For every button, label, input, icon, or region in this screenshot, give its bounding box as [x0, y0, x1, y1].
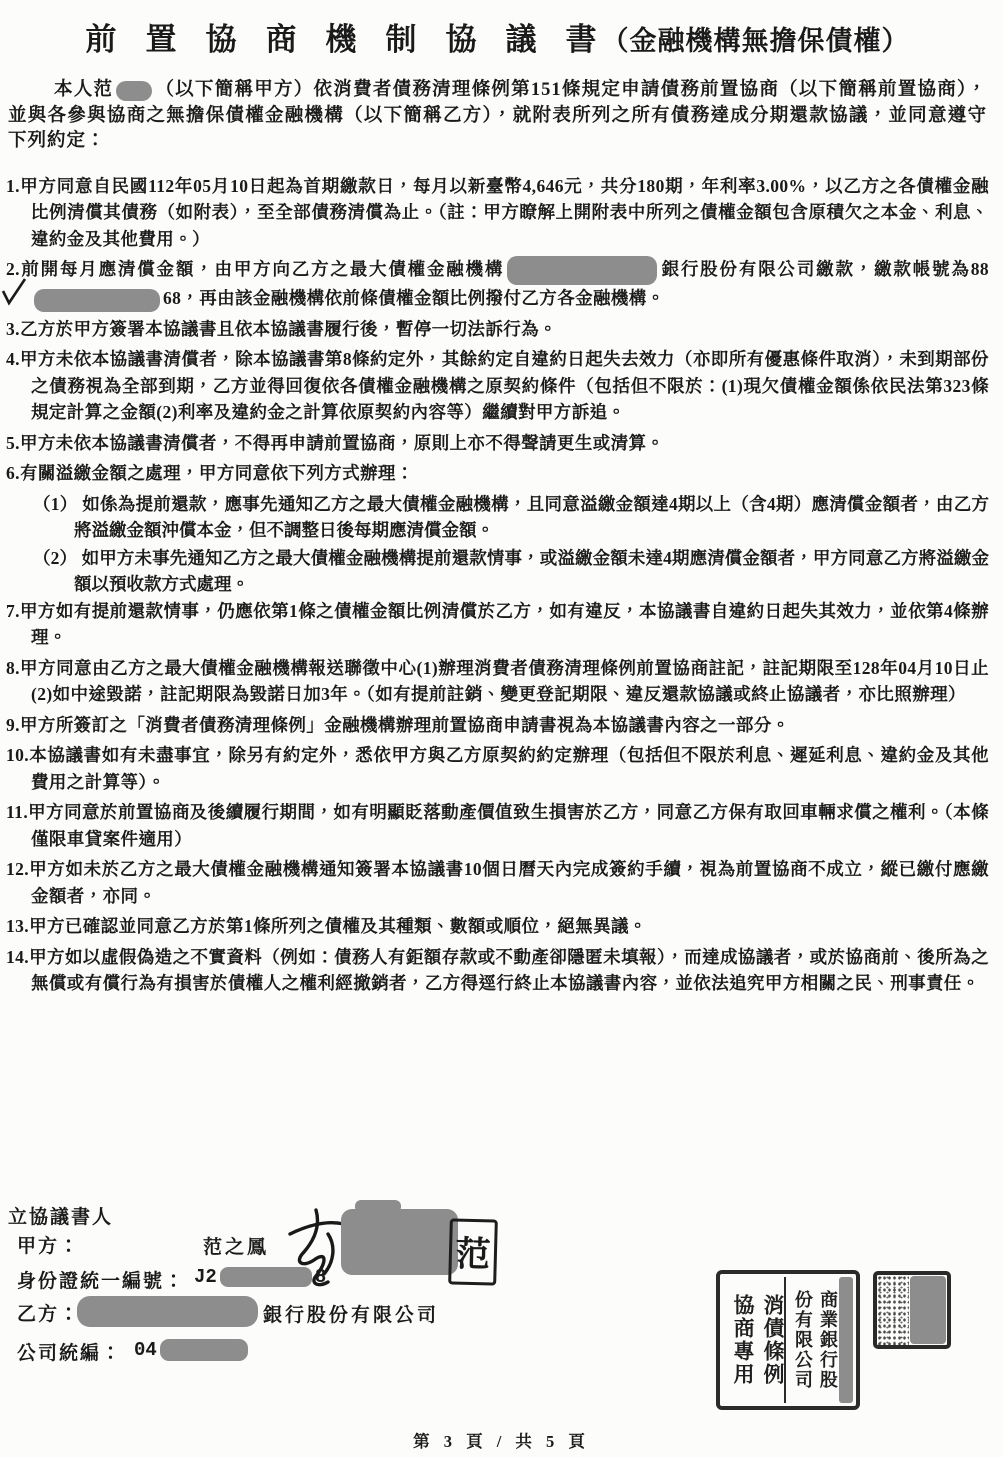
clause-item-5: 5.甲方未依本協議書清償者，不得再申請前置協商，原則上亦不得聲請更生或清算。 [6, 430, 989, 457]
id-number-label: 身份證統一編號： [17, 1266, 185, 1293]
bank-stamp-column: 消債條例 [753, 1277, 783, 1403]
clause-item-7: 7.甲方如有提前還款情事，仍應依第1條之債權金額比例清償於乙方，如有違反，本協議… [6, 598, 989, 651]
clause-number: 4. [6, 349, 20, 369]
clause-item-11: 11.甲方同意於前置協商及後續履行期間，如有明顯貶落動產價值致生損害於乙方，同意… [6, 799, 989, 852]
clause-item-6: 6.有關溢繳金額之處理，甲方同意依下列方式辦理： [6, 460, 989, 487]
text-run: 甲方如有提前還款情事，仍應依第1條之債權金額比例清償於乙方，如有違反，本協議書自… [20, 601, 989, 648]
page-footer: 第 3 頁 / 共 5 頁 [0, 1428, 1003, 1452]
personal-seal-stamp: 范 [448, 1218, 498, 1285]
signature-area: 立協議書人 甲方： 范之鳳 范 身份證統一編號： J28 乙方： 銀行股份有限公… [0, 1200, 1003, 1428]
clause-item-4: 4.甲方未依本協議書清償者，除本協議書第8條約定外，其餘約定自違約日起失去效力（… [6, 346, 989, 426]
clause-number: 13. [6, 916, 29, 936]
clause-list: 1.甲方同意自民國112年05月10日起為首期繳款日，每月以新臺幣4,646元，… [6, 173, 989, 997]
clause-number: 10. [6, 745, 29, 765]
clause-number: 12. [6, 859, 29, 879]
text-run: 甲方如未於乙方之最大債權金融機構通知簽署本協議書10個日曆天內完成簽約手續，視為… [29, 859, 989, 906]
small-stamp-redaction-box [910, 1276, 946, 1344]
clause-item-9: 9.甲方所簽訂之「消費者債務清理條例」金融機構辦理前置協商申請書視為本協議書內容… [6, 712, 989, 739]
text-run: 有關溢繳金額之處理，甲方同意依下列方式辦理： [20, 463, 414, 483]
text-run: 甲方已確認並同意乙方於第1條所列之債權及其種類、數額或順位，絕無異議。 [29, 916, 647, 936]
text-run: （以下簡稱甲方）依消費者債務清理條例第151條規定申請債務前置協商（以下簡稱前置… [8, 80, 987, 151]
text-run: 甲方同意由乙方之最大債權金融機構報送聯徵中心(1)辦理消費者債務清理條例前置協商… [20, 658, 989, 705]
text-run: 本人范 [54, 80, 113, 100]
title-parenthetical: （金融機構無擔保債權） [602, 26, 910, 56]
text-run: 甲方同意於前置協商及後續履行期間，如有明顯貶落動產價值致生損害於乙方，同意乙方保… [28, 802, 989, 849]
company-id-label: 公司統編： [17, 1338, 122, 1365]
bank-stamp-divider [784, 1277, 786, 1403]
clause-number: 5. [6, 433, 20, 453]
bank-seal-stamp: 協商專用 消債條例 份有限公司 商業銀行股 [716, 1270, 860, 1410]
party-b-redaction-box [77, 1296, 258, 1327]
signatory-heading: 立協議書人 [8, 1202, 113, 1229]
bank-stamp-redaction-box [839, 1277, 853, 1403]
clause-number: 7. [6, 601, 20, 621]
clause-number: 6. [6, 463, 20, 483]
clause-item-14: 14.甲方如以虛假偽造之不實資料（例如：債務人有鉅額存款或不動產卻隱匿未填報），… [6, 944, 989, 997]
agreement-document-page: 前置協商機制協議書（金融機構無擔保債權） 本人范（以下簡稱甲方）依消費者債務清理… [0, 0, 1003, 1457]
id-prefix: J2 [194, 1266, 217, 1288]
clause-item-10: 10.本協議書如有未盡事宜，除另有約定外，悉依甲方與乙方原契約約定辦理（包括但不… [6, 742, 989, 795]
text-run: 68，再由該金融機構依前條債權金額比例撥付乙方各金融機構。 [163, 288, 665, 308]
clause-item-2: 2.前開每月應清償金額，由甲方向乙方之最大債權金融機構銀行股份有限公司繳款，繳款… [6, 256, 989, 312]
sub-clause: （2） 如甲方未事先通知乙方之最大債權金融機構提前還款情事，或溢繳金額未達4期應… [6, 545, 989, 598]
clause-item-12: 12.甲方如未於乙方之最大債權金融機構通知簽署本協議書10個日曆天內完成簽約手續… [6, 856, 989, 909]
clause-number: 1. [6, 176, 20, 196]
checkmark-icon [1, 277, 27, 307]
clause-number: 14. [6, 947, 29, 967]
id-number-value: J28 [194, 1266, 326, 1288]
clause-number: 11. [6, 802, 28, 822]
small-stamp-seal-texture [877, 1275, 909, 1345]
text-run: 本協議書如有未盡事宜，除另有約定外，悉依甲方與乙方原契約約定辦理（包括但不限於利… [29, 745, 989, 792]
clause-item-3: 3.乙方於甲方簽署本協議書且依本協議書履行後，暫停一切法訴行為。 [6, 316, 989, 343]
text-run: 銀行股份有限公司繳款，繳款帳號為88 [660, 259, 989, 279]
clause-number: 8. [6, 658, 20, 678]
redaction-box [34, 289, 160, 312]
text-run: 甲方未依本協議書清償者，不得再申請前置協商，原則上亦不得聲請更生或清算。 [20, 433, 664, 453]
bank-stamp-column: 商業銀行股 [812, 1277, 837, 1403]
redaction-box [116, 81, 152, 101]
text-run: 甲方未依本協議書清償者，除本協議書第8條約定外，其餘約定自違約日起失去效力（亦即… [20, 349, 989, 422]
text-run: 甲方如以虛假偽造之不實資料（例如：債務人有鉅額存款或不動產卻隱匿未填報），而達成… [29, 947, 989, 994]
party-b-name-suffix: 銀行股份有限公司 [263, 1300, 439, 1327]
company-id-prefix: 04 [134, 1339, 157, 1361]
intro-paragraph: 本人范（以下簡稱甲方）依消費者債務清理條例第151條規定申請債務前置協商（以下簡… [8, 78, 987, 155]
party-a-label: 甲方： [17, 1231, 80, 1258]
id-redaction-box [220, 1267, 312, 1287]
company-id-value: 04 [134, 1339, 251, 1361]
sub-clause: （1） 如係為提前還款，應事先通知乙方之最大債權金融機構，且同意溢繳金額達4期以… [6, 491, 989, 544]
page-title: 前置協商機制協議書（金融機構無擔保債權） [6, 18, 989, 62]
id-suffix: 8 [315, 1266, 326, 1288]
bank-stamp-column: 份有限公司 [787, 1277, 812, 1403]
title-main: 前置協商機制協議書 [86, 22, 626, 57]
clause-item-13: 13.甲方已確認並同意乙方於第1條所列之債權及其種類、數額或順位，絕無異議。 [6, 913, 989, 940]
small-seal-stamp [873, 1271, 951, 1349]
party-b-label: 乙方： [17, 1299, 80, 1326]
clause-item-1: 1.甲方同意自民國112年05月10日起為首期繳款日，每月以新臺幣4,646元，… [6, 173, 989, 253]
clause-item-8: 8.甲方同意由乙方之最大債權金融機構報送聯徵中心(1)辦理消費者債務清理條例前置… [6, 655, 989, 708]
clause-number: 3. [6, 319, 20, 339]
text-run: 甲方所簽訂之「消費者債務清理條例」金融機構辦理前置協商申請書視為本協議書內容之一… [20, 715, 790, 735]
clause-number: 9. [6, 715, 20, 735]
document-content: 前置協商機制協議書（金融機構無擔保債權） 本人范（以下簡稱甲方）依消費者債務清理… [0, 0, 1003, 997]
redaction-box [507, 256, 657, 285]
clause-number: 2. [6, 259, 20, 279]
bank-stamp-column: 協商專用 [723, 1277, 753, 1403]
text-run: 前開每月應清償金額，由甲方向乙方之最大債權金融機構 [20, 259, 504, 279]
company-id-redaction-box [160, 1339, 248, 1361]
signature-redaction-box [341, 1209, 458, 1275]
party-a-name: 范之鳳 [203, 1232, 269, 1259]
text-run: 乙方於甲方簽署本協議書且依本協議書履行後，暫停一切法訴行為。 [20, 319, 557, 339]
